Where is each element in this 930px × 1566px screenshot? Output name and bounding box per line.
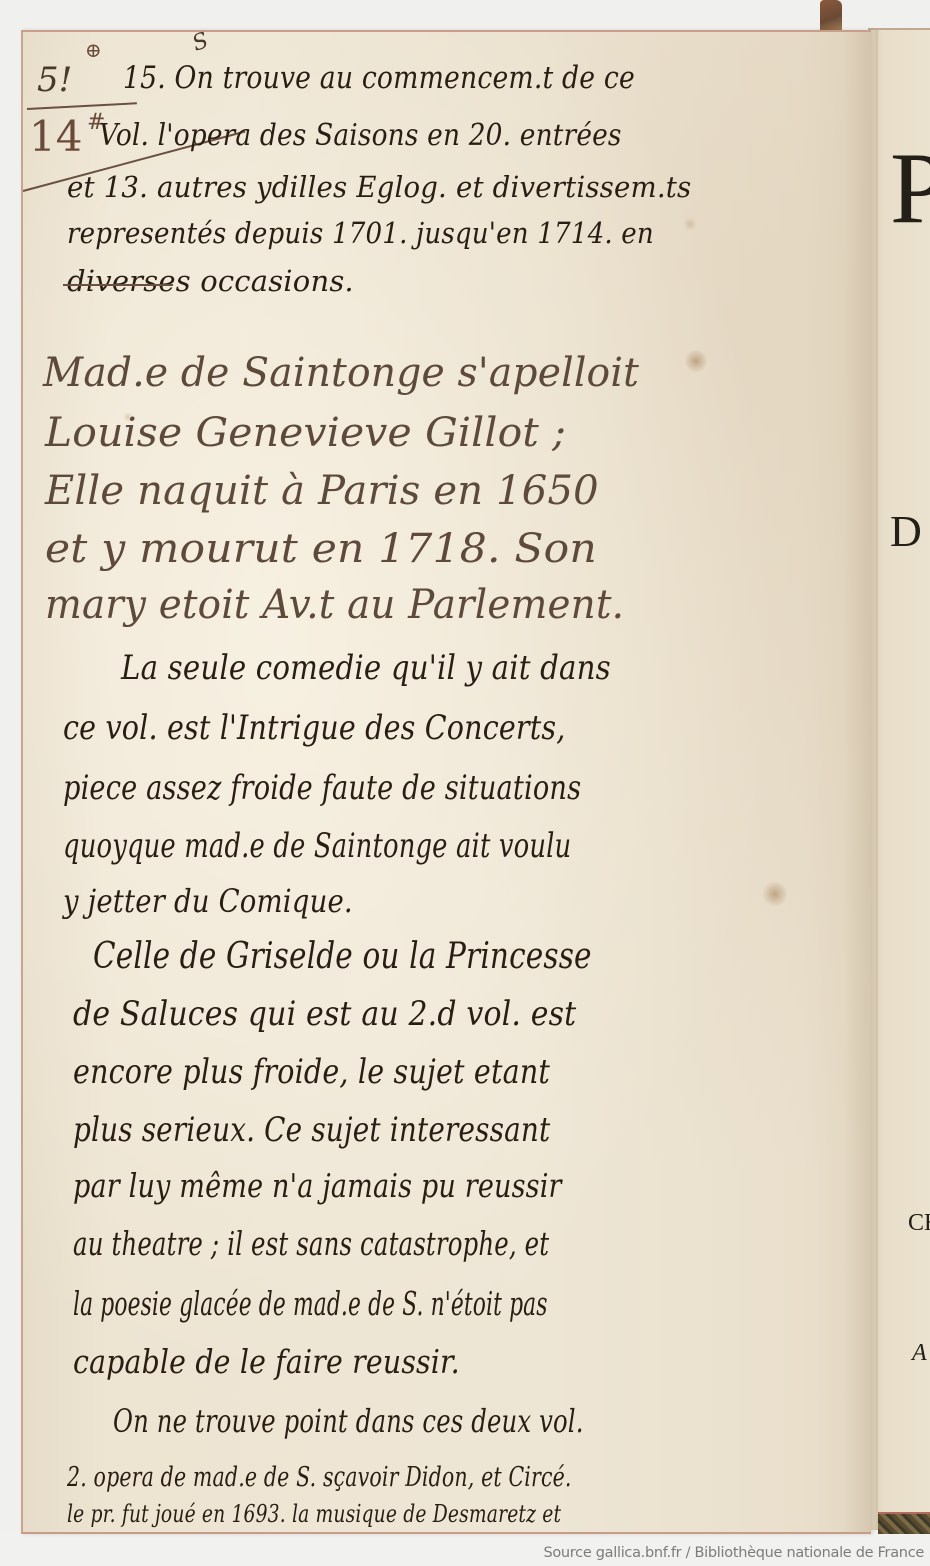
manuscript-line-9: et y mourut en 1718. Son (45, 526, 597, 572)
title-letters-ch: CH (908, 1210, 930, 1237)
manuscript-line-24: On ne trouve point dans ces deux vol. (113, 1402, 584, 1440)
manuscript-leaf: 5! ⊕ S 14 # 15. On trouve au commencem.t… (21, 30, 871, 1534)
foxing-stain (763, 880, 787, 908)
manuscript-line-26: le pr. fut joué en 1693. la musique de D… (67, 1500, 561, 1528)
manuscript-line-25: 2. opera de mad.e de S. sçavoir Didon, e… (67, 1462, 572, 1493)
manuscript-line-20: par luy même n'a jamais pu reussir (73, 1166, 562, 1205)
foxing-stain (683, 217, 697, 231)
title-letter-a: A (912, 1340, 927, 1367)
manuscript-line-21: au theatre ; il est sans catastrophe, et (73, 1224, 549, 1263)
manuscript-line-3: et 13. autres ydilles Eglog. et divertis… (67, 170, 691, 204)
manuscript-line-11: La seule comedie qu'il y ait dans (121, 648, 611, 688)
margin-page-number: 14 (29, 112, 82, 161)
manuscript-line-15: y jetter du Comique. (63, 882, 353, 920)
manuscript-line-18: encore plus froide, le sujet etant (73, 1052, 550, 1092)
crossout-line (27, 102, 137, 110)
margin-shelf-mark: 5! (37, 60, 72, 100)
source-credit: Source gallica.bnf.fr / Bibliothèque nat… (543, 1545, 924, 1561)
manuscript-line-13: piece assez froide faute de situations (63, 768, 581, 808)
manuscript-line-19: plus serieux. Ce sujet interessant (73, 1110, 550, 1150)
crossout-line (63, 284, 173, 286)
margin-flourish: S (189, 28, 212, 57)
manuscript-line-7: Louise Genevieve Gillot ; (45, 410, 566, 456)
ornament-icon: ⊕ (85, 38, 102, 62)
title-letter-d: D (890, 506, 922, 557)
manuscript-line-4: representés depuis 1701. jusqu'en 1714. … (67, 216, 654, 250)
manuscript-line-23: capable de le faire reussir. (73, 1342, 460, 1381)
manuscript-line-2: Vol. l'opera des Saisons en 20. entrées (99, 118, 622, 153)
foxing-stain (685, 348, 707, 374)
leaf-fold-shadow (843, 32, 871, 1532)
manuscript-line-22: la poesie glacée de mad.e de S. n'étoit … (73, 1284, 548, 1323)
binding-top-edge (820, 0, 842, 30)
manuscript-line-6: Mad.e de Saintonge s'apelloit (43, 350, 639, 396)
manuscript-line-17: de Saluces qui est au 2.d vol. est (73, 994, 576, 1034)
manuscript-line-12: ce vol. est l'Intrigue des Concerts, (63, 708, 565, 748)
manuscript-line-10: mary etoit Av.t au Parlement. (45, 582, 624, 628)
scanned-page: P D CH A 5! ⊕ S 14 # 15. On trouve au co… (0, 0, 930, 1532)
manuscript-line-14: quoyque mad.e de Saintonge ait voulu (63, 826, 571, 866)
title-letter-p: P (890, 130, 930, 247)
manuscript-line-16: Celle de Griselde ou la Princesse (93, 936, 592, 977)
manuscript-line-1: 15. On trouve au commencem.t de ce (123, 60, 635, 96)
manuscript-line-5: diverses occasions. (67, 264, 354, 298)
binding-bottom-edge (878, 1512, 930, 1534)
manuscript-line-8: Elle naquit à Paris en 1650 (45, 468, 599, 514)
